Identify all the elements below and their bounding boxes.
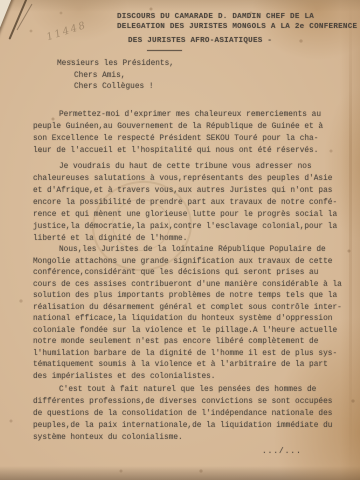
document-line: C'est tout à fait naturel que les pensée… (33, 384, 351, 396)
salutation-line: Messieurs les Présidents, (57, 59, 174, 71)
document-line: leur de l'accueil et l'hospitalité qui n… (33, 145, 351, 157)
document-line: cours de ces assises contribueront d'une… (33, 280, 351, 292)
document-line: de questions de la consolidation de l'in… (33, 408, 351, 420)
document-line: coloniale fondée sur la violence et le p… (33, 326, 351, 338)
title-line: DELEGATION DES JURISTES MONGOLS A LA 2e … (117, 22, 357, 32)
document-line: peuples,de la paix internationale,de la … (33, 420, 351, 432)
continuation-mark: .../... (262, 448, 302, 456)
document-line: réalisation du désarmement général et co… (33, 303, 351, 315)
document-line: national efficace,la liquidation du hont… (33, 314, 351, 326)
binding-thread-mark (8, 0, 27, 40)
document-line: des impérialistes et des colonialistes. (33, 372, 351, 384)
document-line: justice,la démocratie,la paix,contre l'e… (33, 221, 351, 233)
document-line: rence et qui mènent une glorieuse lutte … (33, 209, 351, 221)
document-line: différentes professions,de diverses conv… (33, 396, 351, 408)
title-line: DISCOURS DU CAMARADE D. DAMDIN CHEF DE L… (117, 12, 357, 22)
document-line: peuple Guinéen,au Gouvernement de la Rép… (33, 121, 351, 133)
document-line: Je voudrais du haut de cette tribune vou… (33, 161, 351, 173)
document-line: Nous,les Juristes de la lointaine Républ… (33, 245, 351, 257)
document-line: encore la possibilité de prendre part au… (33, 197, 351, 209)
handwritten-note: 11448 (45, 20, 88, 43)
paragraph: Permettez-moi d'exprimer mes chaleureux … (33, 109, 351, 157)
document-line: l'humilation barbare de la dignité de l'… (33, 349, 351, 361)
document-title: DISCOURS DU CAMARADE D. DAMDIN CHEF DE L… (117, 12, 357, 46)
document-line: solution des plus importants problèmes d… (33, 291, 351, 303)
paragraph: Nous,les Juristes de la lointaine Républ… (33, 245, 351, 383)
document-page: 11448 DISCOURS DU CAMARADE D. DAMDIN CHE… (0, 0, 360, 480)
title-underline (147, 50, 182, 51)
salutation: Messieurs les Présidents,Chers Amis,Cher… (57, 59, 174, 94)
document-line: liberté et la dignité de l'homme. (33, 233, 351, 245)
document-line: son Excellence le respecté Président SEK… (33, 133, 351, 145)
document-line: Mongolie attachons une grande significat… (33, 257, 351, 269)
document-line: Permettez-moi d'exprimer mes chaleureux … (33, 109, 351, 121)
document-line: tématiquement soumis à la violence et à … (33, 360, 351, 372)
document-line: notre monde seulement n'est pas encore l… (33, 337, 351, 349)
salutation-line: Chers Amis, (74, 71, 174, 83)
document-line: système honteux du colonialisme. (33, 432, 351, 444)
document-line: chaleureuses salutations à vous,représen… (33, 173, 351, 185)
document-line: conférence,considérant que les décisions… (33, 268, 351, 280)
title-line: DES JURISTES AFRO-ASIATIQUES - (128, 36, 357, 46)
document-line: et d'Afrique,et à travers vous,aux autre… (33, 185, 351, 197)
paragraph: Je voudrais du haut de cette tribune vou… (33, 161, 351, 245)
paper-speckles (0, 0, 2, 2)
salutation-line: Chers Collègues ! (74, 82, 174, 94)
paragraph: C'est tout à fait naturel que les pensée… (33, 384, 351, 444)
